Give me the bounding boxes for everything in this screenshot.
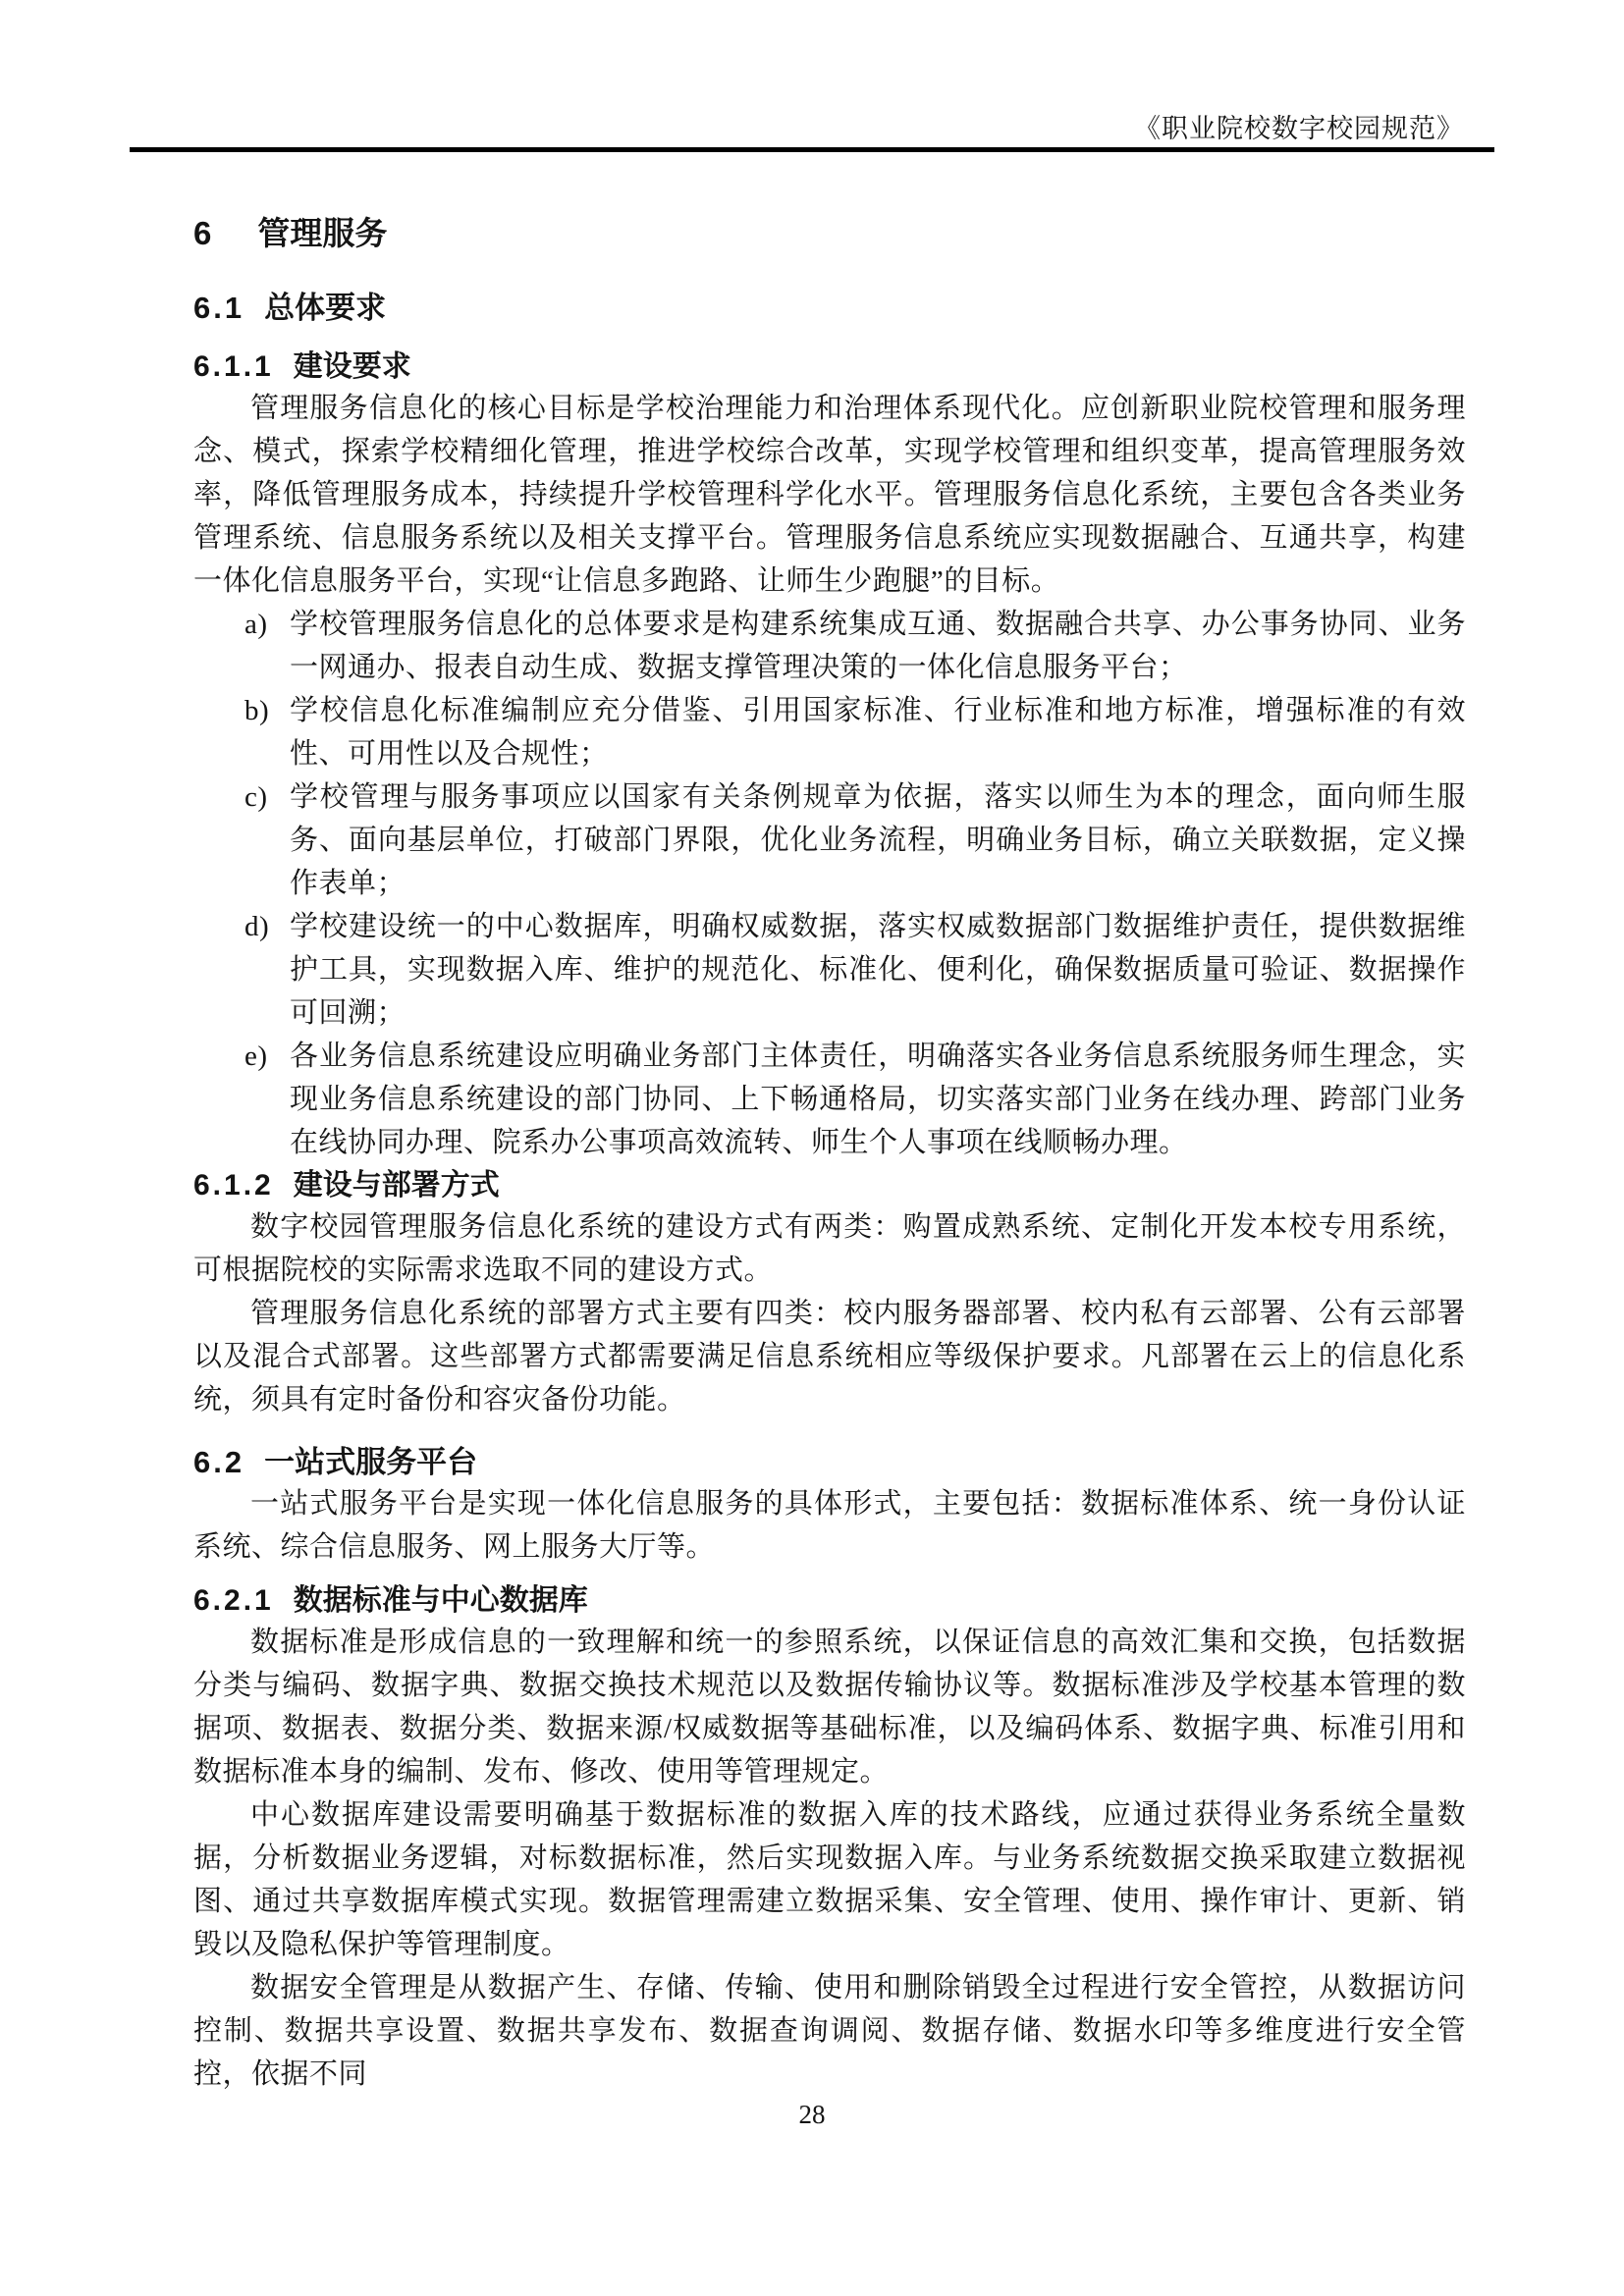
section-title: 管理服务 xyxy=(257,215,387,251)
list-item-text: 各业务信息系统建设应明确业务部门主体责任，明确落实各业务信息系统服务师生理念，实… xyxy=(290,1041,1466,1158)
section-heading-6-2: 6.2一站式服务平台 xyxy=(193,1443,1466,1482)
paragraph-6-1-1: 管理服务信息化的核心目标是学校治理能力和治理体系现代化。应创新职业院校管理和服务… xyxy=(193,387,1466,603)
list-marker: a) xyxy=(244,603,268,646)
list-item-d: d)学校建设统一的中心数据库，明确权威数据，落实权威数据部门数据维护责任，提供数… xyxy=(193,905,1466,1035)
list-marker: e) xyxy=(244,1035,268,1078)
section-number: 6.1 xyxy=(193,289,244,328)
list-item-b: b)学校信息化标准编制应充分借鉴、引用国家标准、行业标准和地方标准，增强标准的有… xyxy=(193,689,1466,775)
section-heading-6: 6管理服务 xyxy=(193,214,1466,253)
section-number: 6.2.1 xyxy=(193,1581,274,1621)
list-marker: d) xyxy=(244,905,269,948)
requirement-list: a)学校管理服务信息化的总体要求是构建系统集成互通、数据融合共享、办公事务协同、… xyxy=(193,603,1466,1164)
paragraph-6-2-1-c: 数据安全管理是从数据产生、存储、传输、使用和删除销毁全过程进行安全管控，从数据访… xyxy=(193,1966,1466,2096)
list-marker: b) xyxy=(244,689,269,732)
paragraph-6-1-2-b: 管理服务信息化系统的部署方式主要有四类：校内服务器部署、校内私有云部署、公有云部… xyxy=(193,1292,1466,1421)
document-page: 《职业院校数字校园规范》 6管理服务 6.1总体要求 6.1.1建设要求 管理服… xyxy=(0,0,1624,2296)
section-title: 数据标准与中心数据库 xyxy=(294,1584,588,1617)
paragraph-6-2-1-a: 数据标准是形成信息的一致理解和统一的参照系统，以保证信息的高效汇集和交换，包括数… xyxy=(193,1621,1466,1793)
section-heading-6-2-1: 6.2.1数据标准与中心数据库 xyxy=(193,1581,1466,1621)
section-heading-6-1-1: 6.1.1建设要求 xyxy=(193,347,1466,387)
section-title: 建设要求 xyxy=(294,350,411,383)
list-item-text: 学校信息化标准编制应充分借鉴、引用国家标准、行业标准和地方标准，增强标准的有效性… xyxy=(290,695,1466,770)
list-item-e: e)各业务信息系统建设应明确业务部门主体责任，明确落实各业务信息系统服务师生理念… xyxy=(193,1035,1466,1164)
paragraph-6-2-1-b: 中心数据库建设需要明确基于数据标准的数据入库的技术路线，应通过获得业务系统全量数… xyxy=(193,1793,1466,1966)
section-title: 建设与部署方式 xyxy=(294,1169,500,1201)
section-title: 一站式服务平台 xyxy=(264,1445,477,1479)
section-title: 总体要求 xyxy=(264,291,386,325)
section-number: 6.1.1 xyxy=(193,347,274,387)
page-content: 6管理服务 6.1总体要求 6.1.1建设要求 管理服务信息化的核心目标是学校治… xyxy=(193,0,1466,2096)
section-number: 6 xyxy=(193,214,214,253)
list-item-text: 学校管理与服务事项应以国家有关条例规章为依据，落实以师生为本的理念，面向师生服务… xyxy=(290,781,1466,899)
list-item-a: a)学校管理服务信息化的总体要求是构建系统集成互通、数据融合共享、办公事务协同、… xyxy=(193,603,1466,689)
list-item-c: c)学校管理与服务事项应以国家有关条例规章为依据，落实以师生为本的理念，面向师生… xyxy=(193,775,1466,905)
page-number: 28 xyxy=(0,2099,1624,2130)
section-heading-6-1-2: 6.1.2建设与部署方式 xyxy=(193,1166,1466,1205)
section-heading-6-1: 6.1总体要求 xyxy=(193,289,1466,328)
list-item-text: 学校建设统一的中心数据库，明确权威数据，落实权威数据部门数据维护责任，提供数据维… xyxy=(290,911,1466,1029)
list-marker: c) xyxy=(244,775,268,819)
paragraph-6-2: 一站式服务平台是实现一体化信息服务的具体形式，主要包括：数据标准体系、统一身份认… xyxy=(193,1482,1466,1569)
section-number: 6.2 xyxy=(193,1443,244,1482)
section-number: 6.1.2 xyxy=(193,1166,274,1205)
list-item-text: 学校管理服务信息化的总体要求是构建系统集成互通、数据融合共享、办公事务协同、业务… xyxy=(290,609,1466,683)
paragraph-6-1-2-a: 数字校园管理服务信息化系统的建设方式有两类：购置成熟系统、定制化开发本校专用系统… xyxy=(193,1205,1466,1292)
